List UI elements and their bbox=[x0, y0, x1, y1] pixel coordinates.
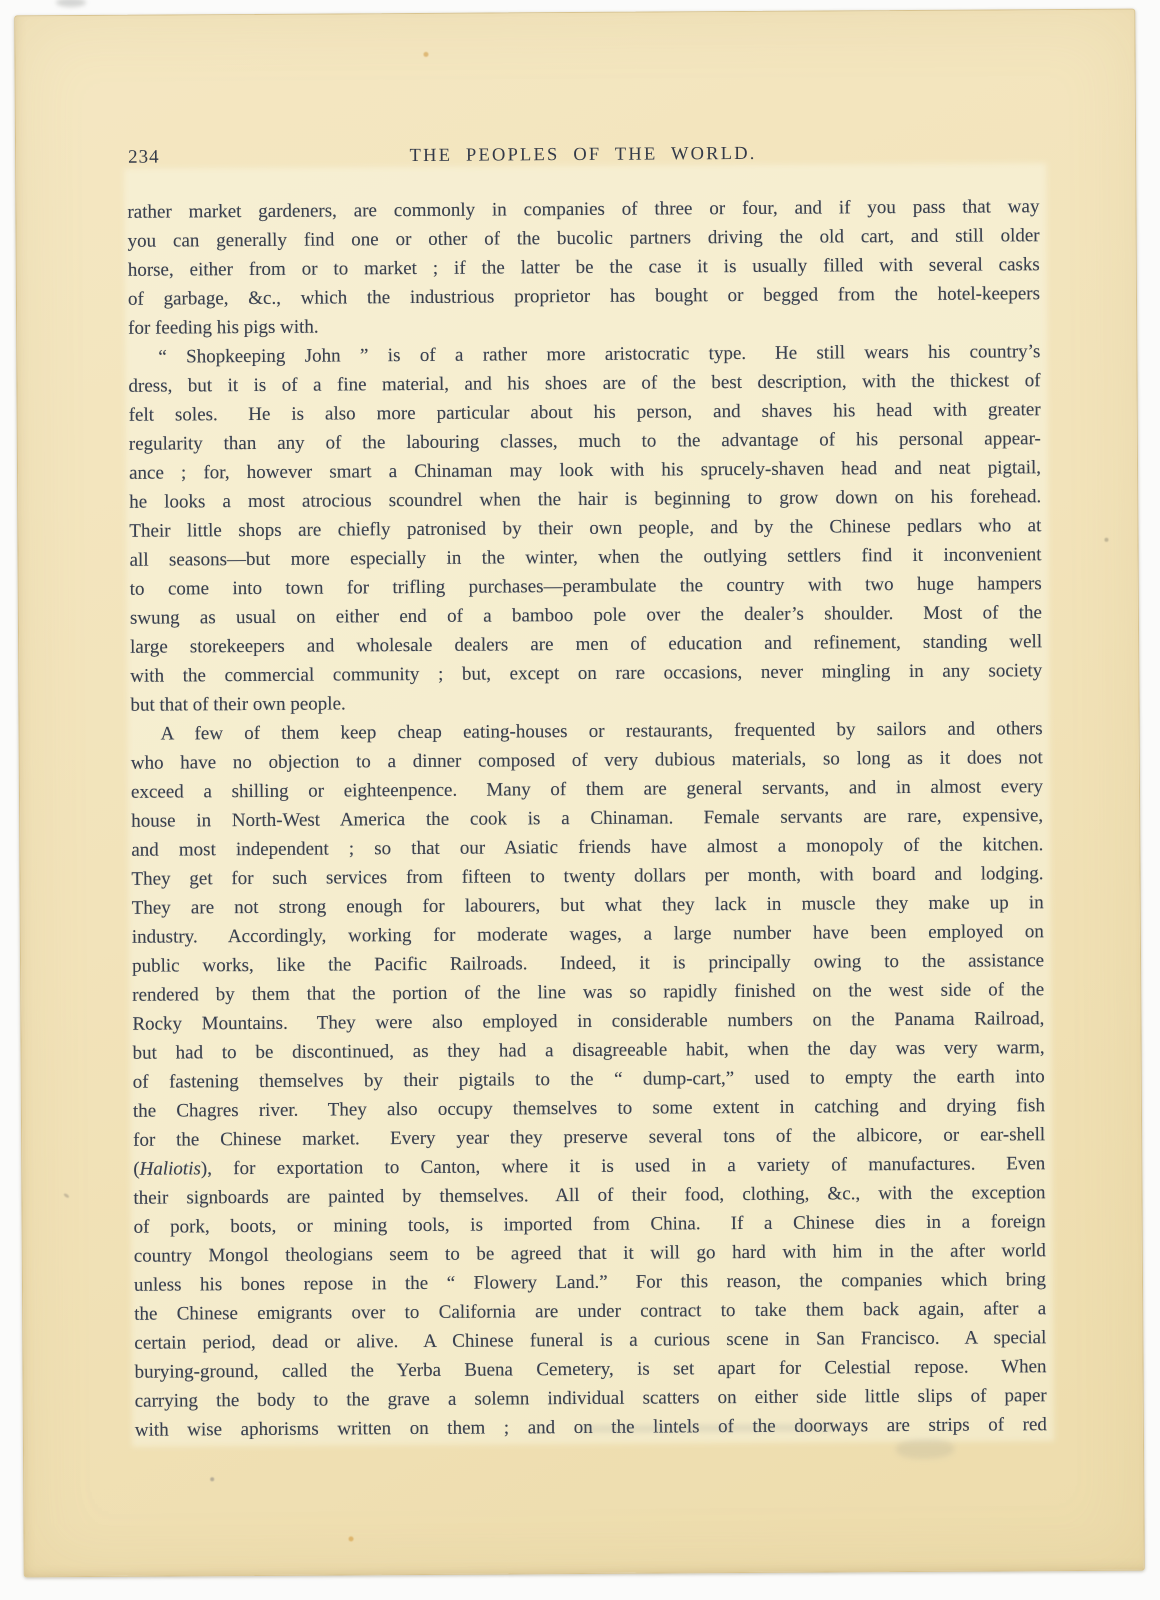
paper-speck bbox=[210, 1477, 214, 1481]
scanner-edge-mark bbox=[56, 0, 86, 7]
text-line: with the commercial community ; but, exc… bbox=[130, 656, 1042, 691]
text-block: rather market gardeners, are commonly in… bbox=[127, 192, 1047, 1445]
show-through-blob bbox=[896, 1439, 954, 1459]
paper-speck bbox=[423, 52, 428, 57]
running-title: THE PEOPLES OF THE WORLD. bbox=[127, 142, 1039, 169]
show-through-mark bbox=[584, 1423, 834, 1433]
paper-speck bbox=[349, 1536, 354, 1541]
paper-speck bbox=[1104, 538, 1108, 542]
paper-speck bbox=[63, 1193, 70, 1199]
book-page: 234 THE PEOPLES OF THE WORLD. rather mar… bbox=[14, 9, 1145, 1578]
text-line: of garbage, &c., which the industrious p… bbox=[128, 279, 1040, 314]
